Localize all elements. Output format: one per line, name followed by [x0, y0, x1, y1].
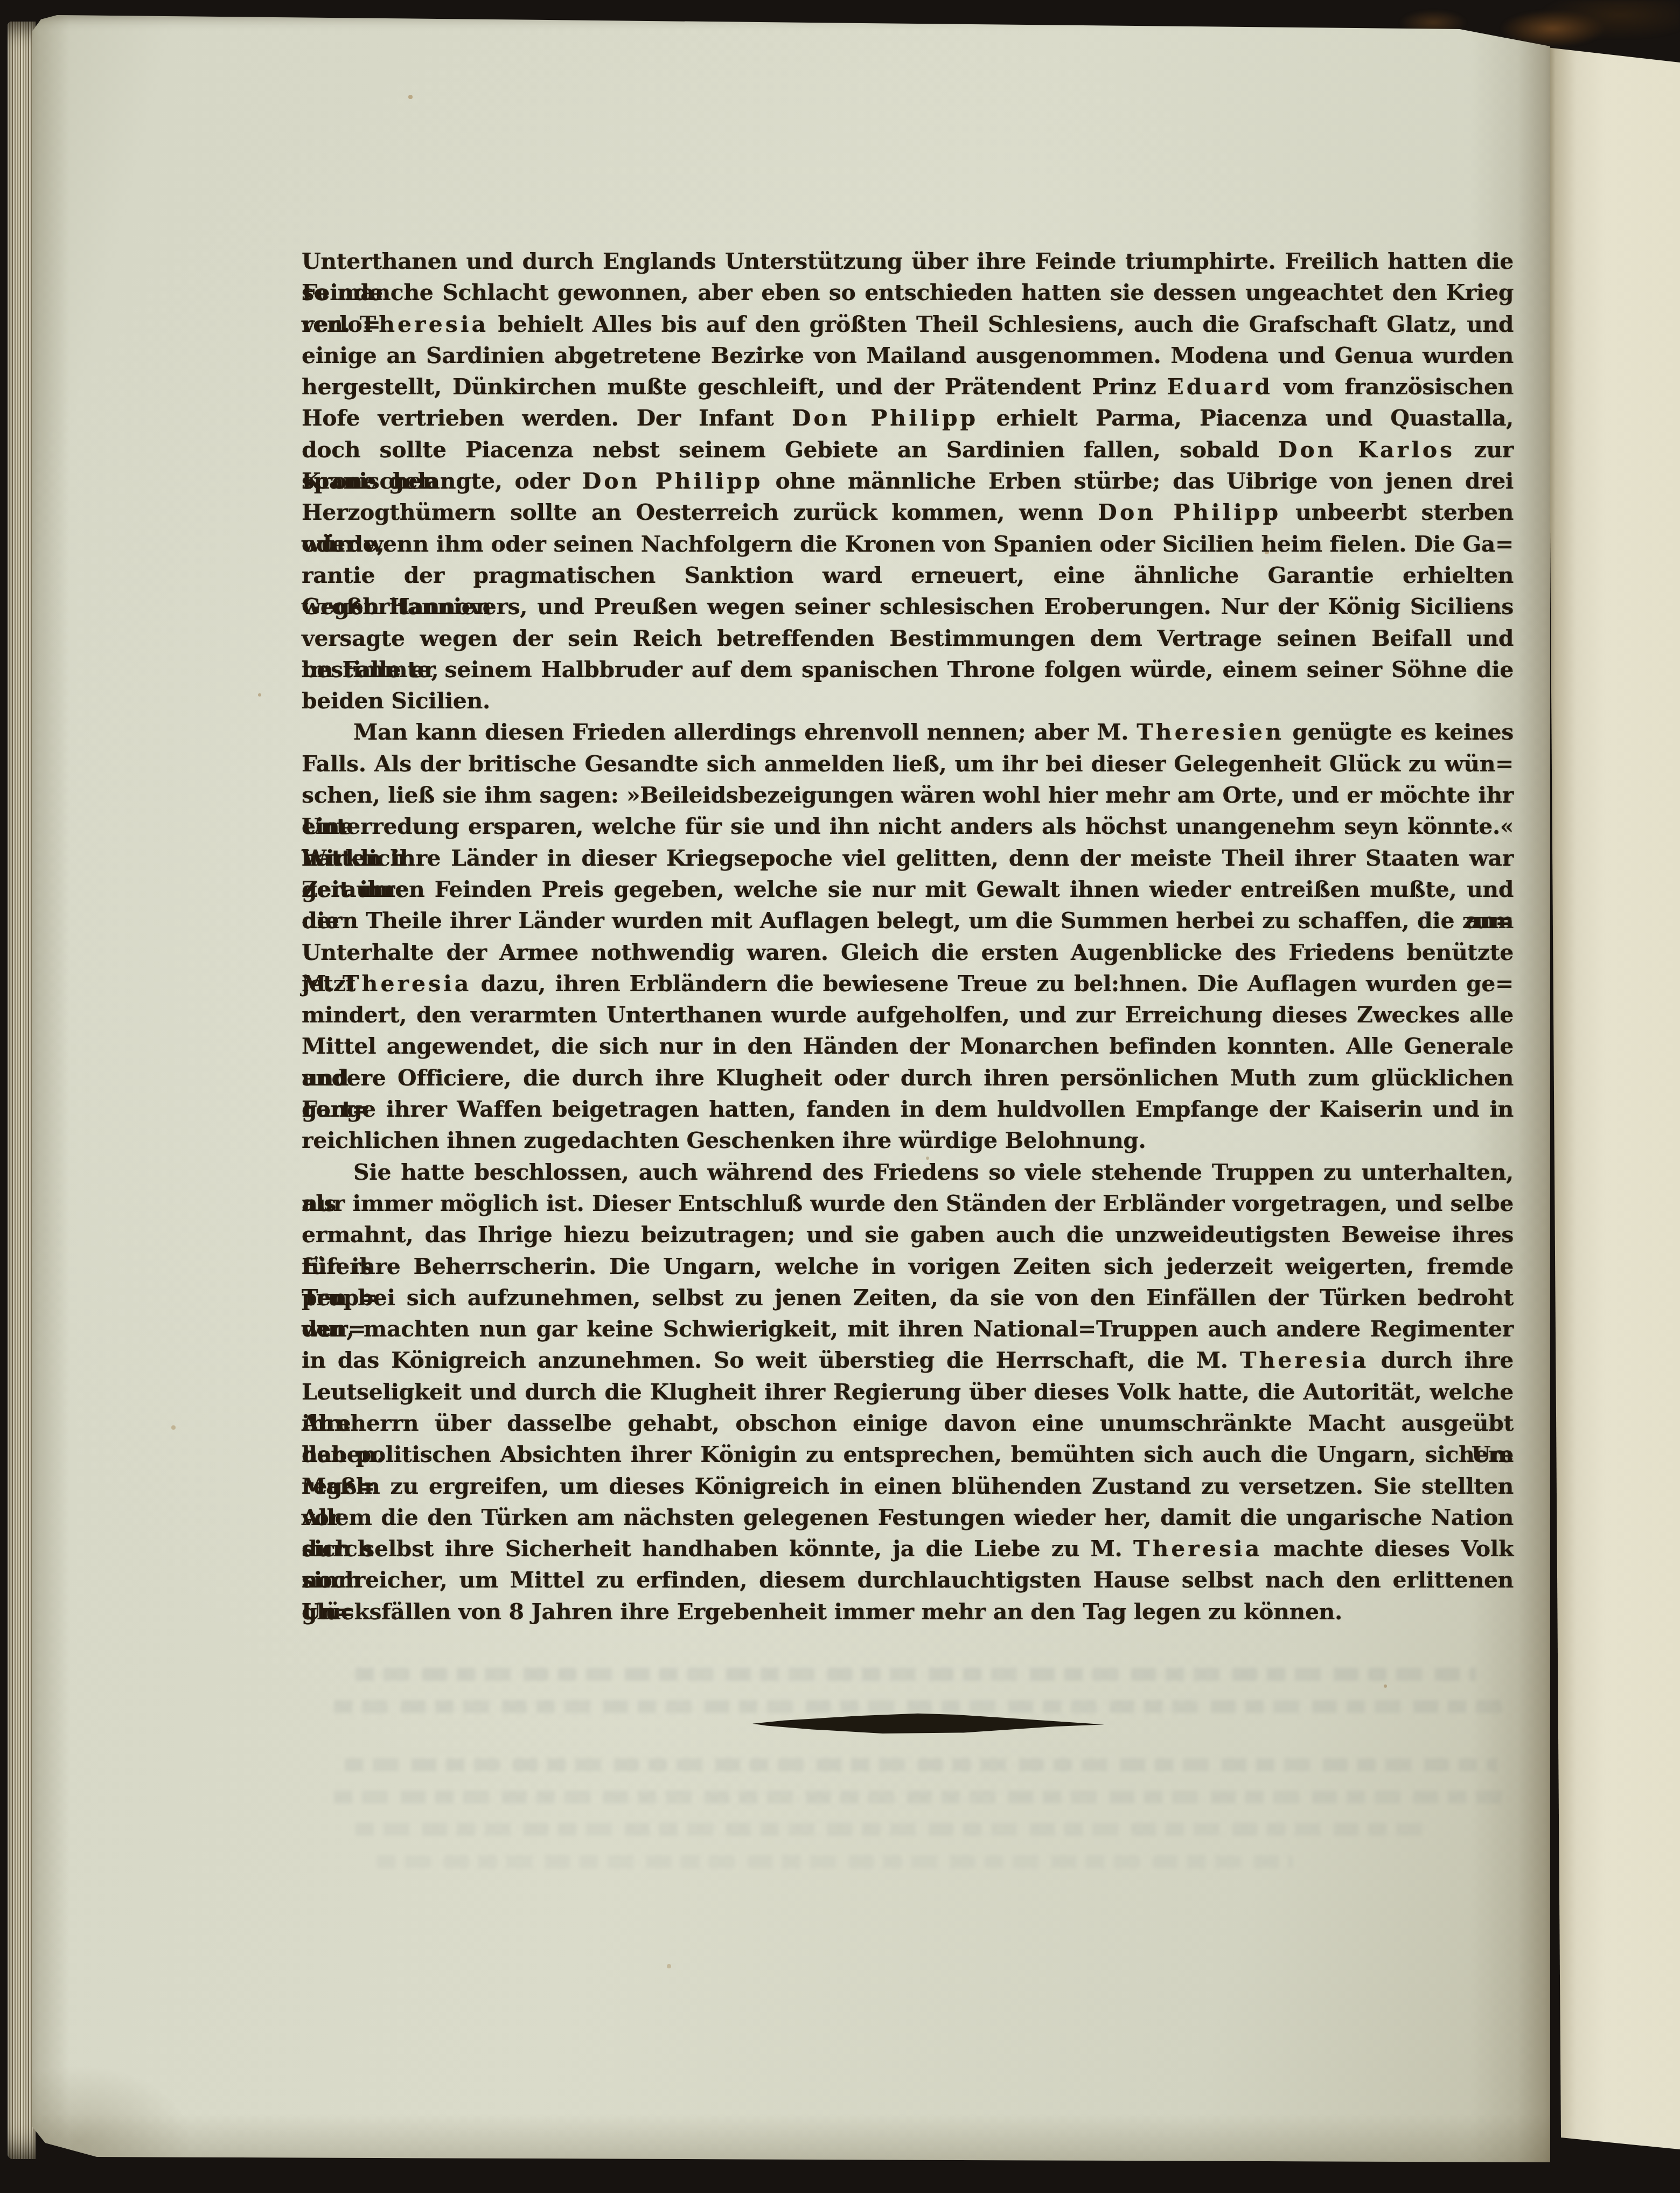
text-line: wegen Hannovers, und Preußen wegen seine… — [302, 591, 1514, 622]
text-line: hergestellt, Dünkirchen mußte geschleift… — [302, 371, 1514, 402]
text-line: Ahnherrn über dasselbe gehabt, obschon e… — [302, 1408, 1514, 1439]
text-line: glücksfällen von 8 Jahren ihre Ergebenhe… — [302, 1596, 1514, 1627]
bleedthrough-line — [377, 1855, 1293, 1868]
text-line: Man kann diesen Frieden allerdings ehren… — [302, 716, 1514, 748]
text-line: pen bei sich aufzunehmen, selbst zu jene… — [302, 1282, 1514, 1313]
text-line: andere Officiere, die durch ihre Klughei… — [302, 1062, 1514, 1094]
book-page: Unterthanen und durch Englands Unterstüt… — [32, 15, 1550, 2162]
paper-specks — [32, 15, 34, 17]
book-scan: Unterthanen und durch Englands Unterstüt… — [0, 0, 1680, 2193]
bleedthrough-line — [355, 1823, 1427, 1836]
text-line: ermahnt, das Ihrige hiezu beizutragen; u… — [302, 1219, 1514, 1250]
text-line: Sie hatte beschlossen, auch während des … — [302, 1157, 1514, 1188]
text-line: doch sollte Piacenza nebst seinem Gebiet… — [302, 434, 1514, 465]
text-line: Allem die den Türken am nächsten gelegen… — [302, 1502, 1514, 1533]
text-line: Unterthanen und durch Englands Unterstüt… — [302, 246, 1514, 277]
text-line: in das Königreich anzunehmen. So weit üb… — [302, 1345, 1514, 1376]
text-line: Herzogthümern sollte an Oesterreich zurü… — [302, 497, 1514, 528]
text-line: schen, ließ sie ihm sagen: »Beileidsbeze… — [302, 779, 1514, 811]
text-line: einige an Sardinien abgetretene Bezirke … — [302, 340, 1514, 371]
text-line: M. Theresia dazu, ihren Erbländern die b… — [302, 968, 1514, 999]
text-line: Leutseligkeit und durch die Klugheit ihr… — [302, 1376, 1514, 1408]
text-line: mindert, den verarmten Unterthanen wurde… — [302, 999, 1514, 1031]
text-line: den, machten nun gar keine Schwierigkeit… — [302, 1313, 1514, 1345]
text-line: Unterhalte der Armee nothwendig waren. G… — [302, 937, 1514, 968]
text-line: Unterredung ersparen, welche für sie und… — [302, 811, 1514, 842]
text-line: so manche Schlacht gewonnen, aber eben s… — [302, 277, 1514, 308]
bleedthrough-line — [345, 1758, 1497, 1771]
text-line: nur immer möglich ist. Dieser Entschluß … — [302, 1188, 1514, 1219]
text-line: beiden Sicilien. — [302, 685, 1514, 716]
text-line: im Falle er seinem Halbbruder auf dem sp… — [302, 654, 1514, 685]
text-line: Zeit ihren Feinden Preis gegeben, welche… — [302, 874, 1514, 905]
text-line: ren. Theresia behielt Alles bis auf den … — [302, 309, 1514, 340]
text-line: dern Theile ihrer Länder wurden mit Aufl… — [302, 905, 1514, 936]
text-line: Krone gelangte, oder Don Philipp ohne mä… — [302, 465, 1514, 497]
bleedthrough-line — [334, 1700, 1508, 1713]
text-line: Mittel angewendet, die sich nur in den H… — [302, 1031, 1514, 1062]
text-line: versagte wegen der sein Reich betreffend… — [302, 623, 1514, 654]
scan-background: { "document": { "kind": "scanned-book-pa… — [0, 0, 1680, 2193]
text-line: gange ihrer Waffen beigetragen hatten, f… — [302, 1094, 1514, 1125]
text-line: den politischen Absichten ihrer Königin … — [302, 1439, 1514, 1470]
text-line: Hofe vertrieben werden. Der Infant Don P… — [302, 402, 1514, 434]
text-line: sich selbst ihre Sicherheit handhaben kö… — [302, 1533, 1514, 1564]
page-fore-edges — [8, 22, 36, 2159]
text-line: hatten ihre Länder in dieser Kriegsepoch… — [302, 843, 1514, 874]
text-line: regeln zu ergreifen, um dieses Königreic… — [302, 1471, 1514, 1502]
text-line: rantie der pragmatischen Sanktion ward e… — [302, 560, 1514, 591]
text-block: Unterthanen und durch Englands Unterstüt… — [302, 246, 1514, 1627]
bleedthrough-line — [334, 1791, 1514, 1804]
text-line: sinnreicher, um Mittel zu erfinden, dies… — [302, 1564, 1514, 1596]
adjacent-page-edge — [1547, 47, 1680, 2149]
text-line: Falls. Als der britische Gesandte sich a… — [302, 748, 1514, 779]
bleedthrough-line — [355, 1668, 1476, 1681]
text-line: reichlichen ihnen zugedachten Geschenken… — [302, 1125, 1514, 1156]
text-line: oder wenn ihm oder seinen Nachfolgern di… — [302, 528, 1514, 560]
text-line: für ihre Beherrscherin. Die Ungarn, welc… — [302, 1251, 1514, 1282]
